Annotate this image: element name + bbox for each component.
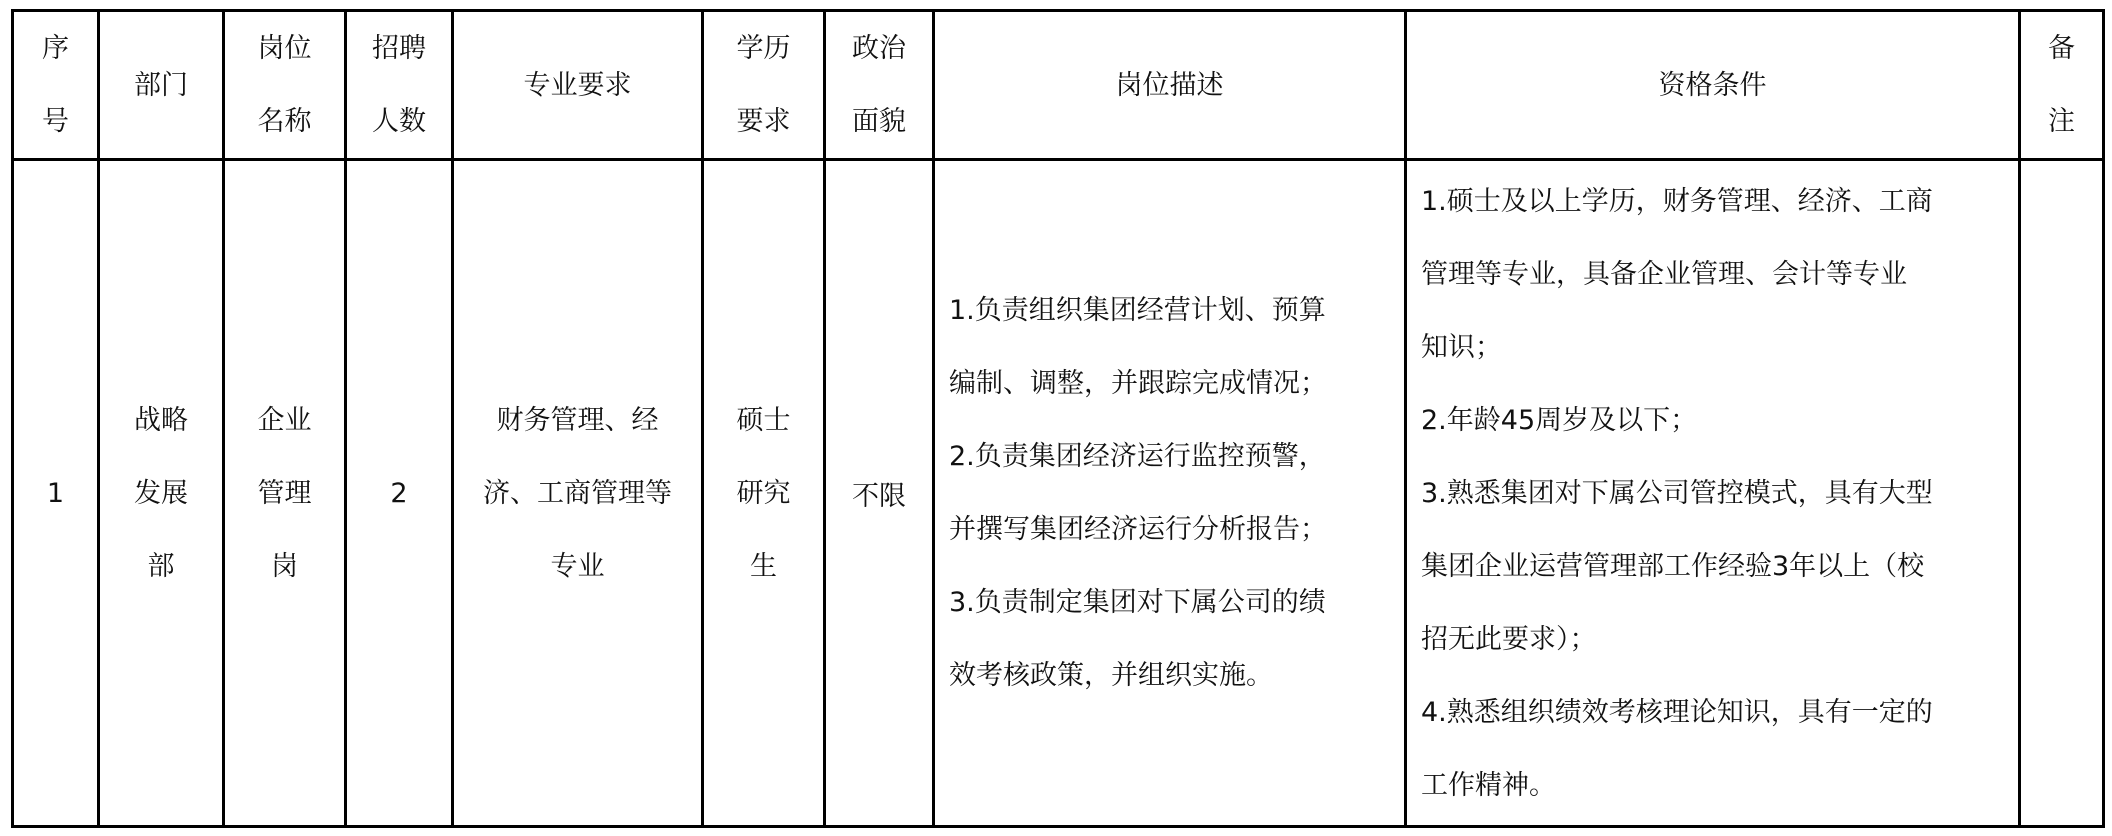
cell-qualifications: 1.硕士及以上学历，财务管理、经济、工商 管理等专业，具备企业管理、会计等专业 … <box>1406 160 2020 827</box>
header-position: 岗位名称 <box>224 11 346 160</box>
cell-description: 1.负责组织集团经营计划、预算 编制、调整，并跟踪完成情况； 2.负责集团经济运… <box>934 160 1406 827</box>
recruitment-table: 序号 部门 岗位名称 招聘人数 专业要求 学历要求 政治面貌 岗位描述 资格条件… <box>11 9 2105 828</box>
cell-major: 财务管理、经济、工商管理等专业 <box>453 160 703 827</box>
header-description: 岗位描述 <box>934 11 1406 160</box>
cell-seq: 1 <box>13 160 99 827</box>
header-row: 序号 部门 岗位名称 招聘人数 专业要求 学历要求 政治面貌 岗位描述 资格条件… <box>13 11 2104 160</box>
cell-remarks <box>2020 160 2104 827</box>
header-department: 部门 <box>99 11 224 160</box>
cell-headcount: 2 <box>346 160 453 827</box>
cell-department: 战略发展部 <box>99 160 224 827</box>
header-education: 学历要求 <box>703 11 825 160</box>
cell-education: 硕士研究生 <box>703 160 825 827</box>
cell-position: 企业管理岗 <box>224 160 346 827</box>
header-major: 专业要求 <box>453 11 703 160</box>
header-headcount: 招聘人数 <box>346 11 453 160</box>
header-political: 政治面貌 <box>825 11 934 160</box>
header-seq: 序号 <box>13 11 99 160</box>
table-row: 1 战略发展部 企业管理岗 2 财务管理、经济、工商管理等专业 硕士研究生 不限… <box>13 160 2104 827</box>
cell-political: 不限 <box>825 160 934 827</box>
header-qualifications: 资格条件 <box>1406 11 2020 160</box>
header-remarks: 备注 <box>2020 11 2104 160</box>
